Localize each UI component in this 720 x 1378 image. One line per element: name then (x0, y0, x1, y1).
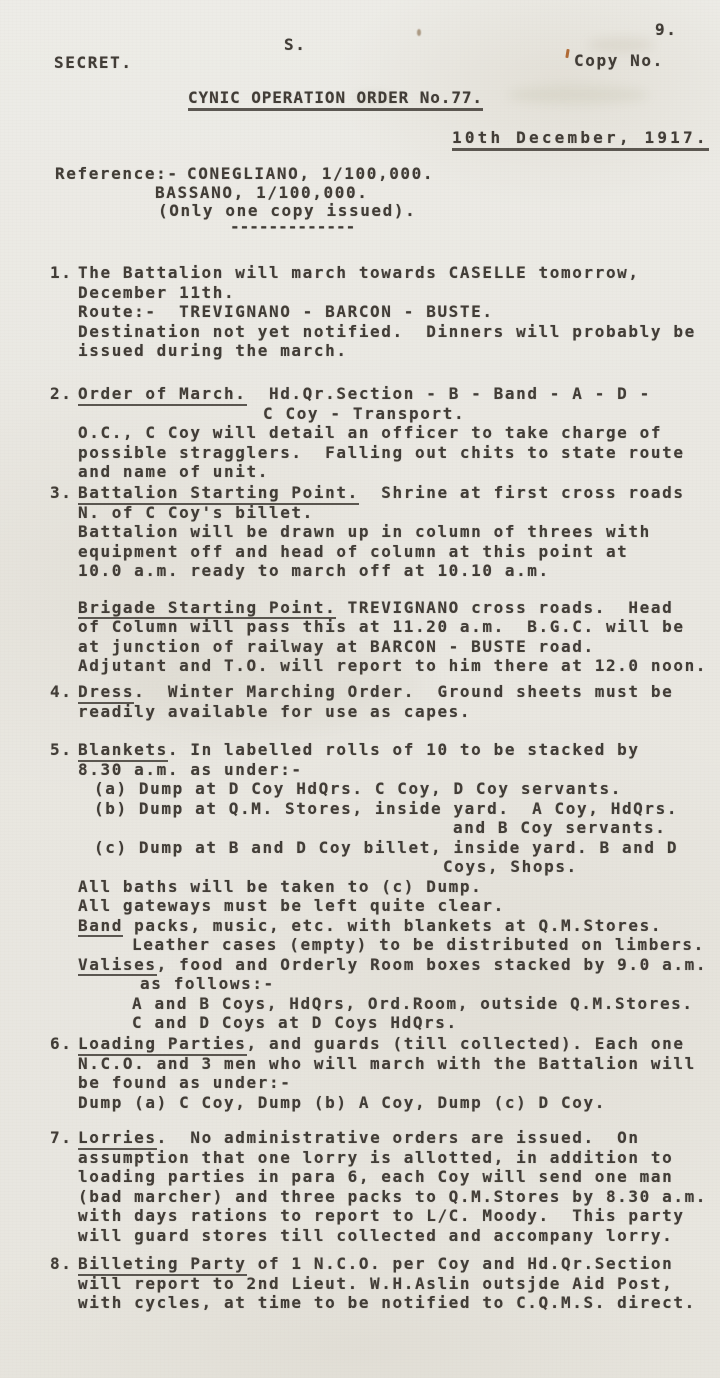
doc-line: C Coy - Transport. (78, 404, 720, 424)
doc-line: readily available for use as capes. (78, 702, 720, 722)
doc-text: . Winter Marching Order. Ground sheets m… (134, 682, 673, 701)
paragraph: The Battalion will march towards CASELLE… (78, 263, 720, 361)
doc-line: Dump (a) C Coy, Dump (b) A Coy, Dump (c)… (78, 1093, 720, 1113)
doc-line: (a) Dump at D Coy HdQrs. C Coy, D Coy se… (78, 779, 720, 799)
doc-heading-underlined: Blankets (78, 740, 168, 762)
doc-text: (b) Dump at Q.M. Stores, inside yard. A … (94, 799, 678, 818)
doc-line: with days rations to report to L/C. Mood… (78, 1206, 720, 1226)
doc-line: with cycles, at time to be notified to C… (78, 1293, 720, 1313)
doc-text: be found as under:- (78, 1073, 291, 1092)
section-4: 4.Dress. Winter Marching Order. Ground s… (50, 682, 720, 721)
doc-heading-underlined: Battalion Starting Point. (78, 483, 359, 505)
doc-text: Shrine at first cross roads (359, 483, 685, 502)
doc-line: Order of March. Hd.Qr.Section - B - Band… (78, 384, 720, 404)
doc-line: (b) Dump at Q.M. Stores, inside yard. A … (78, 799, 720, 819)
doc-line: at junction of railway at BARCON - BUSTE… (78, 637, 720, 657)
doc-line: and B Coy servants. (78, 818, 720, 838)
doc-line: assumption that one lorry is allotted, i… (78, 1148, 720, 1168)
section-body: Blankets. In labelled rolls of 10 to be … (78, 740, 720, 1033)
doc-text: Coys, Shops. (443, 857, 578, 876)
doc-text: with cycles, at time to be notified to C… (78, 1293, 696, 1312)
doc-line: issued during the march. (78, 341, 720, 361)
doc-line: Loading Parties, and guards (till collec… (78, 1034, 720, 1054)
doc-text: December 11th. (78, 283, 235, 302)
doc-line: The Battalion will march towards CASELLE… (78, 263, 720, 283)
doc-line: Leather cases (empty) to be distributed … (78, 935, 720, 955)
doc-text: Leather cases (empty) to be distributed … (132, 935, 705, 954)
section-number: 1. (50, 263, 78, 283)
order-sections: 1.The Battalion will march towards CASEL… (0, 0, 720, 1378)
doc-text: The Battalion will march towards CASELLE… (78, 263, 640, 282)
doc-text: O.C., C Coy will detail an officer to ta… (78, 423, 662, 442)
doc-text: A and B Coys, HdQrs, Ord.Room, outside Q… (132, 994, 694, 1013)
doc-line: C and D Coys at D Coys HdQrs. (78, 1013, 720, 1033)
doc-line: be found as under:- (78, 1073, 720, 1093)
section-body: Loading Parties, and guards (till collec… (78, 1034, 720, 1112)
doc-line: Dress. Winter Marching Order. Ground she… (78, 682, 720, 702)
doc-line: December 11th. (78, 283, 720, 303)
scanned-document-page: 9. S. SECRET. Copy No. CYNIC OPERATION O… (0, 0, 720, 1378)
doc-line: Brigade Starting Point. TREVIGNANO cross… (78, 598, 720, 618)
doc-line: A and B Coys, HdQrs, Ord.Room, outside Q… (78, 994, 720, 1014)
doc-text: (bad marcher) and three packs to Q.M.Sto… (78, 1187, 707, 1206)
doc-heading-underlined: Order of March. (78, 384, 247, 406)
section-1: 1.The Battalion will march towards CASEL… (50, 263, 720, 361)
section-body: Battalion Starting Point. Shrine at firs… (78, 483, 720, 676)
doc-line: (bad marcher) and three packs to Q.M.Sto… (78, 1187, 720, 1207)
section-number: 2. (50, 384, 78, 404)
section-number: 8. (50, 1254, 78, 1274)
doc-text: All gateways must be left quite clear. (78, 896, 505, 915)
doc-text: Dump (a) C Coy, Dump (b) A Coy, Dump (c)… (78, 1093, 606, 1112)
doc-line: N. of C Coy's billet. (78, 503, 720, 523)
paragraph: Battalion Starting Point. Shrine at firs… (78, 483, 720, 581)
doc-line: possible stragglers. Falling out chits t… (78, 443, 720, 463)
doc-text: and name of unit. (78, 462, 269, 481)
doc-text: will report to 2nd Lieut. W.H.Aslin outs… (78, 1274, 673, 1293)
doc-line: of Column will pass this at 11.20 a.m. B… (78, 617, 720, 637)
doc-text: at junction of railway at BARCON - BUSTE… (78, 637, 595, 656)
doc-line: Battalion will be drawn up in column of … (78, 522, 720, 542)
doc-line: will report to 2nd Lieut. W.H.Aslin outs… (78, 1274, 720, 1294)
doc-text: C Coy - Transport. (263, 404, 465, 423)
doc-line: equipment off and head of column at this… (78, 542, 720, 562)
section-body: The Battalion will march towards CASELLE… (78, 263, 720, 361)
doc-heading-underlined: Dress (78, 682, 134, 704)
doc-text: Battalion will be drawn up in column of … (78, 522, 651, 541)
section-number: 7. (50, 1128, 78, 1148)
doc-text: 8.30 a.m. as under:- (78, 760, 303, 779)
doc-line: Route:- TREVIGNANO - BARCON - BUSTE. (78, 302, 720, 322)
section-number: 4. (50, 682, 78, 702)
doc-text: as follows:- (140, 974, 275, 993)
section-5: 5.Blankets. In labelled rolls of 10 to b… (50, 740, 720, 1033)
section-body: Lorries. No administrative orders are is… (78, 1128, 720, 1245)
doc-text: possible stragglers. Falling out chits t… (78, 443, 685, 462)
doc-text: assumption that one lorry is allotted, i… (78, 1148, 673, 1167)
doc-heading-underlined: Band (78, 916, 123, 938)
doc-line: will guard stores till collected and acc… (78, 1226, 720, 1246)
paragraph: Blankets. In labelled rolls of 10 to be … (78, 740, 720, 1033)
doc-text: All baths will be taken to (c) Dump. (78, 877, 482, 896)
doc-text: Adjutant and T.O. will report to him the… (78, 656, 707, 675)
section-body: Billeting Party of 1 N.C.O. per Coy and … (78, 1254, 720, 1313)
section-body: Order of March. Hd.Qr.Section - B - Band… (78, 384, 720, 482)
doc-text: will guard stores till collected and acc… (78, 1226, 673, 1245)
doc-text: , and guards (till collected). Each one (247, 1034, 685, 1053)
doc-text: readily available for use as capes. (78, 702, 471, 721)
doc-text: , food and Orderly Room boxes stacked by… (157, 955, 707, 974)
paragraph: Order of March. Hd.Qr.Section - B - Band… (78, 384, 720, 482)
doc-text: loading parties in para 6, each Coy will… (78, 1167, 673, 1186)
section-6: 6.Loading Parties, and guards (till coll… (50, 1034, 720, 1112)
doc-heading-underlined: Billeting Party (78, 1254, 247, 1276)
doc-text: with days rations to report to L/C. Mood… (78, 1206, 685, 1225)
doc-line: Lorries. No administrative orders are is… (78, 1128, 720, 1148)
section-number: 5. (50, 740, 78, 760)
doc-text: Destination not yet notified. Dinners wi… (78, 322, 696, 341)
doc-line: 8.30 a.m. as under:- (78, 760, 720, 780)
doc-text: Route:- TREVIGNANO - BARCON - BUSTE. (78, 302, 494, 321)
doc-line: Destination not yet notified. Dinners wi… (78, 322, 720, 342)
doc-text: N. of C Coy's billet. (78, 503, 314, 522)
doc-line: Battalion Starting Point. Shrine at firs… (78, 483, 720, 503)
doc-text: N.C.O. and 3 men who will march with the… (78, 1054, 696, 1073)
doc-line: All gateways must be left quite clear. (78, 896, 720, 916)
paragraph: Billeting Party of 1 N.C.O. per Coy and … (78, 1254, 720, 1313)
section-3: 3.Battalion Starting Point. Shrine at fi… (50, 483, 720, 676)
doc-line: loading parties in para 6, each Coy will… (78, 1167, 720, 1187)
section-2: 2.Order of March. Hd.Qr.Section - B - Ba… (50, 384, 720, 482)
doc-line: as follows:- (78, 974, 720, 994)
doc-text: C and D Coys at D Coys HdQrs. (132, 1013, 458, 1032)
doc-text: . No administrative orders are issued. O… (157, 1128, 640, 1147)
section-7: 7.Lorries. No administrative orders are … (50, 1128, 720, 1245)
doc-line: (c) Dump at B and D Coy billet, inside y… (78, 838, 720, 858)
doc-text: . In labelled rolls of 10 to be stacked … (168, 740, 640, 759)
doc-heading-underlined: Valises (78, 955, 157, 977)
doc-text: Hd.Qr.Section - B - Band - A - D - (247, 384, 651, 403)
doc-text: (a) Dump at D Coy HdQrs. C Coy, D Coy se… (94, 779, 622, 798)
doc-line: Band packs, music, etc. with blankets at… (78, 916, 720, 936)
section-number: 6. (50, 1034, 78, 1054)
doc-line: O.C., C Coy will detail an officer to ta… (78, 423, 720, 443)
doc-text: packs, music, etc. with blankets at Q.M.… (123, 916, 662, 935)
doc-text: of Column will pass this at 11.20 a.m. B… (78, 617, 685, 636)
doc-line: Adjutant and T.O. will report to him the… (78, 656, 720, 676)
section-body: Dress. Winter Marching Order. Ground she… (78, 682, 720, 721)
doc-line: Blankets. In labelled rolls of 10 to be … (78, 740, 720, 760)
doc-text: (c) Dump at B and D Coy billet, inside y… (94, 838, 678, 857)
doc-line: 10.0 a.m. ready to march off at 10.10 a.… (78, 561, 720, 581)
doc-text: issued during the march. (78, 341, 348, 360)
doc-line: Coys, Shops. (78, 857, 720, 877)
doc-text: 10.0 a.m. ready to march off at 10.10 a.… (78, 561, 550, 580)
doc-line: All baths will be taken to (c) Dump. (78, 877, 720, 897)
paragraph: Dress. Winter Marching Order. Ground she… (78, 682, 720, 721)
section-number: 3. (50, 483, 78, 503)
doc-heading-underlined: Loading Parties (78, 1034, 247, 1056)
paragraph: Lorries. No administrative orders are is… (78, 1128, 720, 1245)
doc-line: Billeting Party of 1 N.C.O. per Coy and … (78, 1254, 720, 1274)
doc-line: N.C.O. and 3 men who will march with the… (78, 1054, 720, 1074)
doc-heading-underlined: Lorries (78, 1128, 157, 1150)
section-8: 8.Billeting Party of 1 N.C.O. per Coy an… (50, 1254, 720, 1313)
doc-line: Valises, food and Orderly Room boxes sta… (78, 955, 720, 975)
paragraph: Brigade Starting Point. TREVIGNANO cross… (78, 598, 720, 676)
doc-heading-underlined: Brigade Starting Point. (78, 598, 336, 620)
doc-text: and B Coy servants. (453, 818, 666, 837)
doc-text: TREVIGNANO cross roads. Head (336, 598, 673, 617)
doc-line: and name of unit. (78, 462, 720, 482)
doc-text: equipment off and head of column at this… (78, 542, 628, 561)
doc-text: of 1 N.C.O. per Coy and Hd.Qr.Section (247, 1254, 674, 1273)
paragraph: Loading Parties, and guards (till collec… (78, 1034, 720, 1112)
